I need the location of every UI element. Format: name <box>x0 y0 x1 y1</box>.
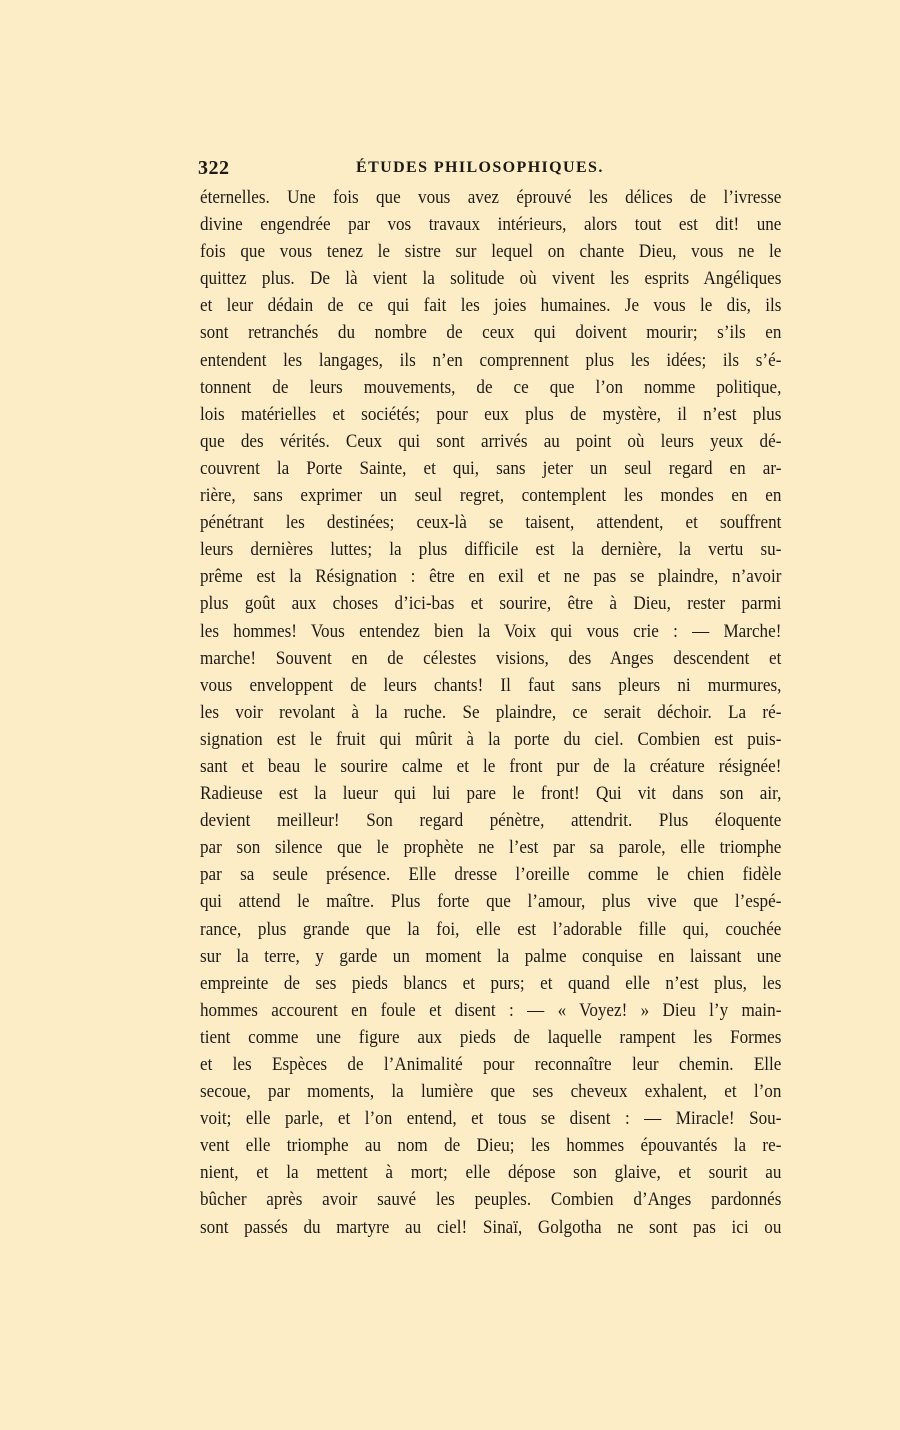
text-line: secoue, par moments, la lumière que ses … <box>200 1078 781 1105</box>
running-head: ÉTUDES PHILOSOPHIQUES. <box>356 159 604 177</box>
text-line: empreinte de ses pieds blancs et purs; e… <box>200 970 781 997</box>
text-line: les hommes! Vous entendez bien la Voix q… <box>200 618 781 645</box>
text-line: fois que vous tenez le sistre sur lequel… <box>200 238 781 265</box>
text-line: rance, plus grande que la foi, elle est … <box>200 916 781 943</box>
text-line: voit; elle parle, et l’on entend, et tou… <box>200 1105 781 1132</box>
text-line: sont retranchés du nombre de ceux qui do… <box>200 319 781 346</box>
text-line: sant et beau le sourire calme et le fron… <box>200 753 781 780</box>
text-line: hommes accourent en foule et disent : — … <box>200 997 781 1024</box>
text-line: les voir revolant à la ruche. Se plaindr… <box>200 699 781 726</box>
page-number: 322 <box>198 157 230 180</box>
text-line: par son silence que le prophète ne l’est… <box>200 834 781 861</box>
text-line: leurs dernières luttes; la plus difficil… <box>200 536 781 563</box>
text-line: entendent les langages, ils n’en compren… <box>200 347 781 374</box>
text-line: sont passés du martyre au ciel! Sinaï, G… <box>200 1214 781 1241</box>
text-line: éternelles. Une fois que vous avez éprou… <box>200 184 781 211</box>
text-line: quittez plus. De là vient la solitude où… <box>200 265 781 292</box>
text-line: vent elle triomphe au nom de Dieu; les h… <box>200 1132 781 1159</box>
text-line: et les Espèces de l’Animalité pour recon… <box>200 1051 781 1078</box>
text-line: prême est la Résignation : être en exil … <box>200 563 781 590</box>
text-line: vous enveloppent de leurs chants! Il fau… <box>200 672 781 699</box>
text-line: tonnent de leurs mouvements, de ce que l… <box>200 374 781 401</box>
text-line: sur la terre, y garde un moment la palme… <box>200 943 781 970</box>
text-line: divine engendrée par vos travaux intérie… <box>200 211 781 238</box>
text-line: tient comme une figure aux pieds de laqu… <box>200 1024 781 1051</box>
text-line: qui attend le maître. Plus forte que l’a… <box>200 888 781 915</box>
text-line: couvrent la Porte Sainte, et qui, sans j… <box>200 455 781 482</box>
text-line: Radieuse est la lueur qui lui pare le fr… <box>200 780 781 807</box>
text-line: que des vérités. Ceux qui sont arrivés a… <box>200 428 781 455</box>
text-line: devient meilleur! Son regard pénètre, at… <box>200 807 781 834</box>
text-line: plus goût aux choses d’ici-bas et sourir… <box>200 590 781 617</box>
text-line: lois matérielles et sociétés; pour eux p… <box>200 401 781 428</box>
text-line: par sa seule présence. Elle dresse l’ore… <box>200 861 781 888</box>
text-line: marche! Souvent en de célestes visions, … <box>200 645 781 672</box>
text-line: nient, et la mettent à mort; elle dépose… <box>200 1159 781 1186</box>
text-line: pénétrant les destinées; ceux-là se tais… <box>200 509 781 536</box>
page-header: 322 ÉTUDES PHILOSOPHIQUES. <box>198 157 780 185</box>
text-line: bûcher après avoir sauvé les peuples. Co… <box>200 1186 781 1213</box>
text-line: rière, sans exprimer un seul regret, con… <box>200 482 781 509</box>
text-line: signation est le fruit qui mûrit à la po… <box>200 726 781 753</box>
body-text: éternelles. Une fois que vous avez éprou… <box>200 184 782 1241</box>
book-page: 322 ÉTUDES PHILOSOPHIQUES. éternelles. U… <box>0 0 900 1430</box>
text-line: et leur dédain de ce qui fait les joies … <box>200 292 781 319</box>
